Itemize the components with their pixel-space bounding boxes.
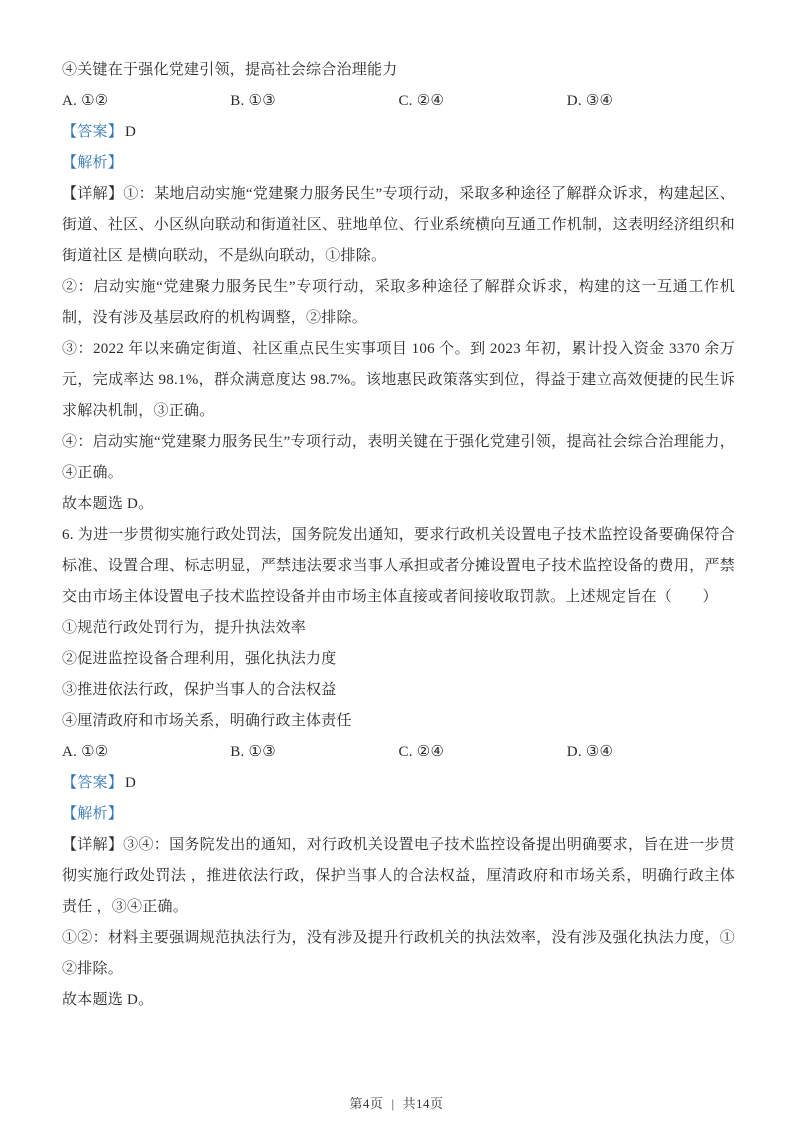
answer-value: D: [123, 124, 136, 140]
option-c: C. ②④: [399, 737, 567, 768]
explanation-q6-points34: 【详解】③④：国务院发出的通知，对行政机关设置电子技术监控设备提出明确要求，旨在…: [62, 830, 735, 923]
statement-3-q6: ③推进依法行政，保护当事人的合法权益: [62, 675, 735, 706]
conclusion-q6: 故本题选 D。: [62, 985, 735, 1016]
explanation-q5-point4: ④：启动实施“党建聚力服务民生”专项行动，表明关键在于强化党建引领，提高社会综合…: [62, 427, 735, 489]
options-row-q5: A. ①②B. ①③C. ②④D. ③④: [62, 86, 735, 117]
statement-4-q5: ④关键在于强化党建引领，提高社会综合治理能力: [62, 55, 735, 86]
answer-value: D: [123, 775, 136, 791]
option-a: A. ①②: [62, 737, 230, 768]
footer-page-number: 第4页: [349, 1096, 383, 1111]
statement-2-q6: ②促进监控设备合理利用，强化执法力度: [62, 644, 735, 675]
question-6-stem: 6. 为进一步贯彻实施行政处罚法，国务院发出通知，要求行政机关设置电子技术监控设…: [62, 520, 735, 613]
statement-4-q6: ④厘清政府和市场关系，明确行政主体责任: [62, 706, 735, 737]
answer-line-q5: 【答案】D: [62, 117, 735, 148]
options-row-q6: A. ①②B. ①③C. ②④D. ③④: [62, 737, 735, 768]
answer-label: 【答案】: [62, 775, 123, 791]
option-c: C. ②④: [399, 86, 567, 117]
analysis-line-q6: 【解析】: [62, 799, 735, 830]
page-footer: 第4页|共14页: [0, 1093, 793, 1112]
option-b: B. ①③: [230, 86, 398, 117]
option-a: A. ①②: [62, 86, 230, 117]
explanation-q6-points12: ①②：材料主要强调规范执法行为，没有涉及提升行政机关的执法效率，没有涉及强化执法…: [62, 923, 735, 985]
analysis-label: 【解析】: [62, 155, 123, 171]
explanation-q5-point1: 【详解】①：某地启动实施“党建聚力服务民生”专项行动，采取多种途径了解群众诉求，…: [62, 179, 735, 272]
footer-total-pages: 共14页: [403, 1096, 444, 1111]
analysis-line-q5: 【解析】: [62, 148, 735, 179]
footer-separator: |: [391, 1096, 394, 1112]
option-d: D. ③④: [567, 86, 735, 117]
explanation-q5-point3: ③：2022 年以来确定街道、社区重点民生实事项目 106 个。到 2023 年…: [62, 334, 735, 427]
option-d: D. ③④: [567, 737, 735, 768]
statement-1-q6: ①规范行政处罚行为，提升执法效率: [62, 613, 735, 644]
explanation-q5-point2: ②：启动实施“党建聚力服务民生”专项行动，采取多种途径了解群众诉求，构建的这一互…: [62, 272, 735, 334]
analysis-label: 【解析】: [62, 806, 123, 822]
option-b: B. ①③: [230, 737, 398, 768]
conclusion-q5: 故本题选 D。: [62, 489, 735, 520]
answer-label: 【答案】: [62, 124, 123, 140]
answer-line-q6: 【答案】D: [62, 768, 735, 799]
document-body: ④关键在于强化党建引领，提高社会综合治理能力A. ①②B. ①③C. ②④D. …: [0, 0, 793, 1016]
